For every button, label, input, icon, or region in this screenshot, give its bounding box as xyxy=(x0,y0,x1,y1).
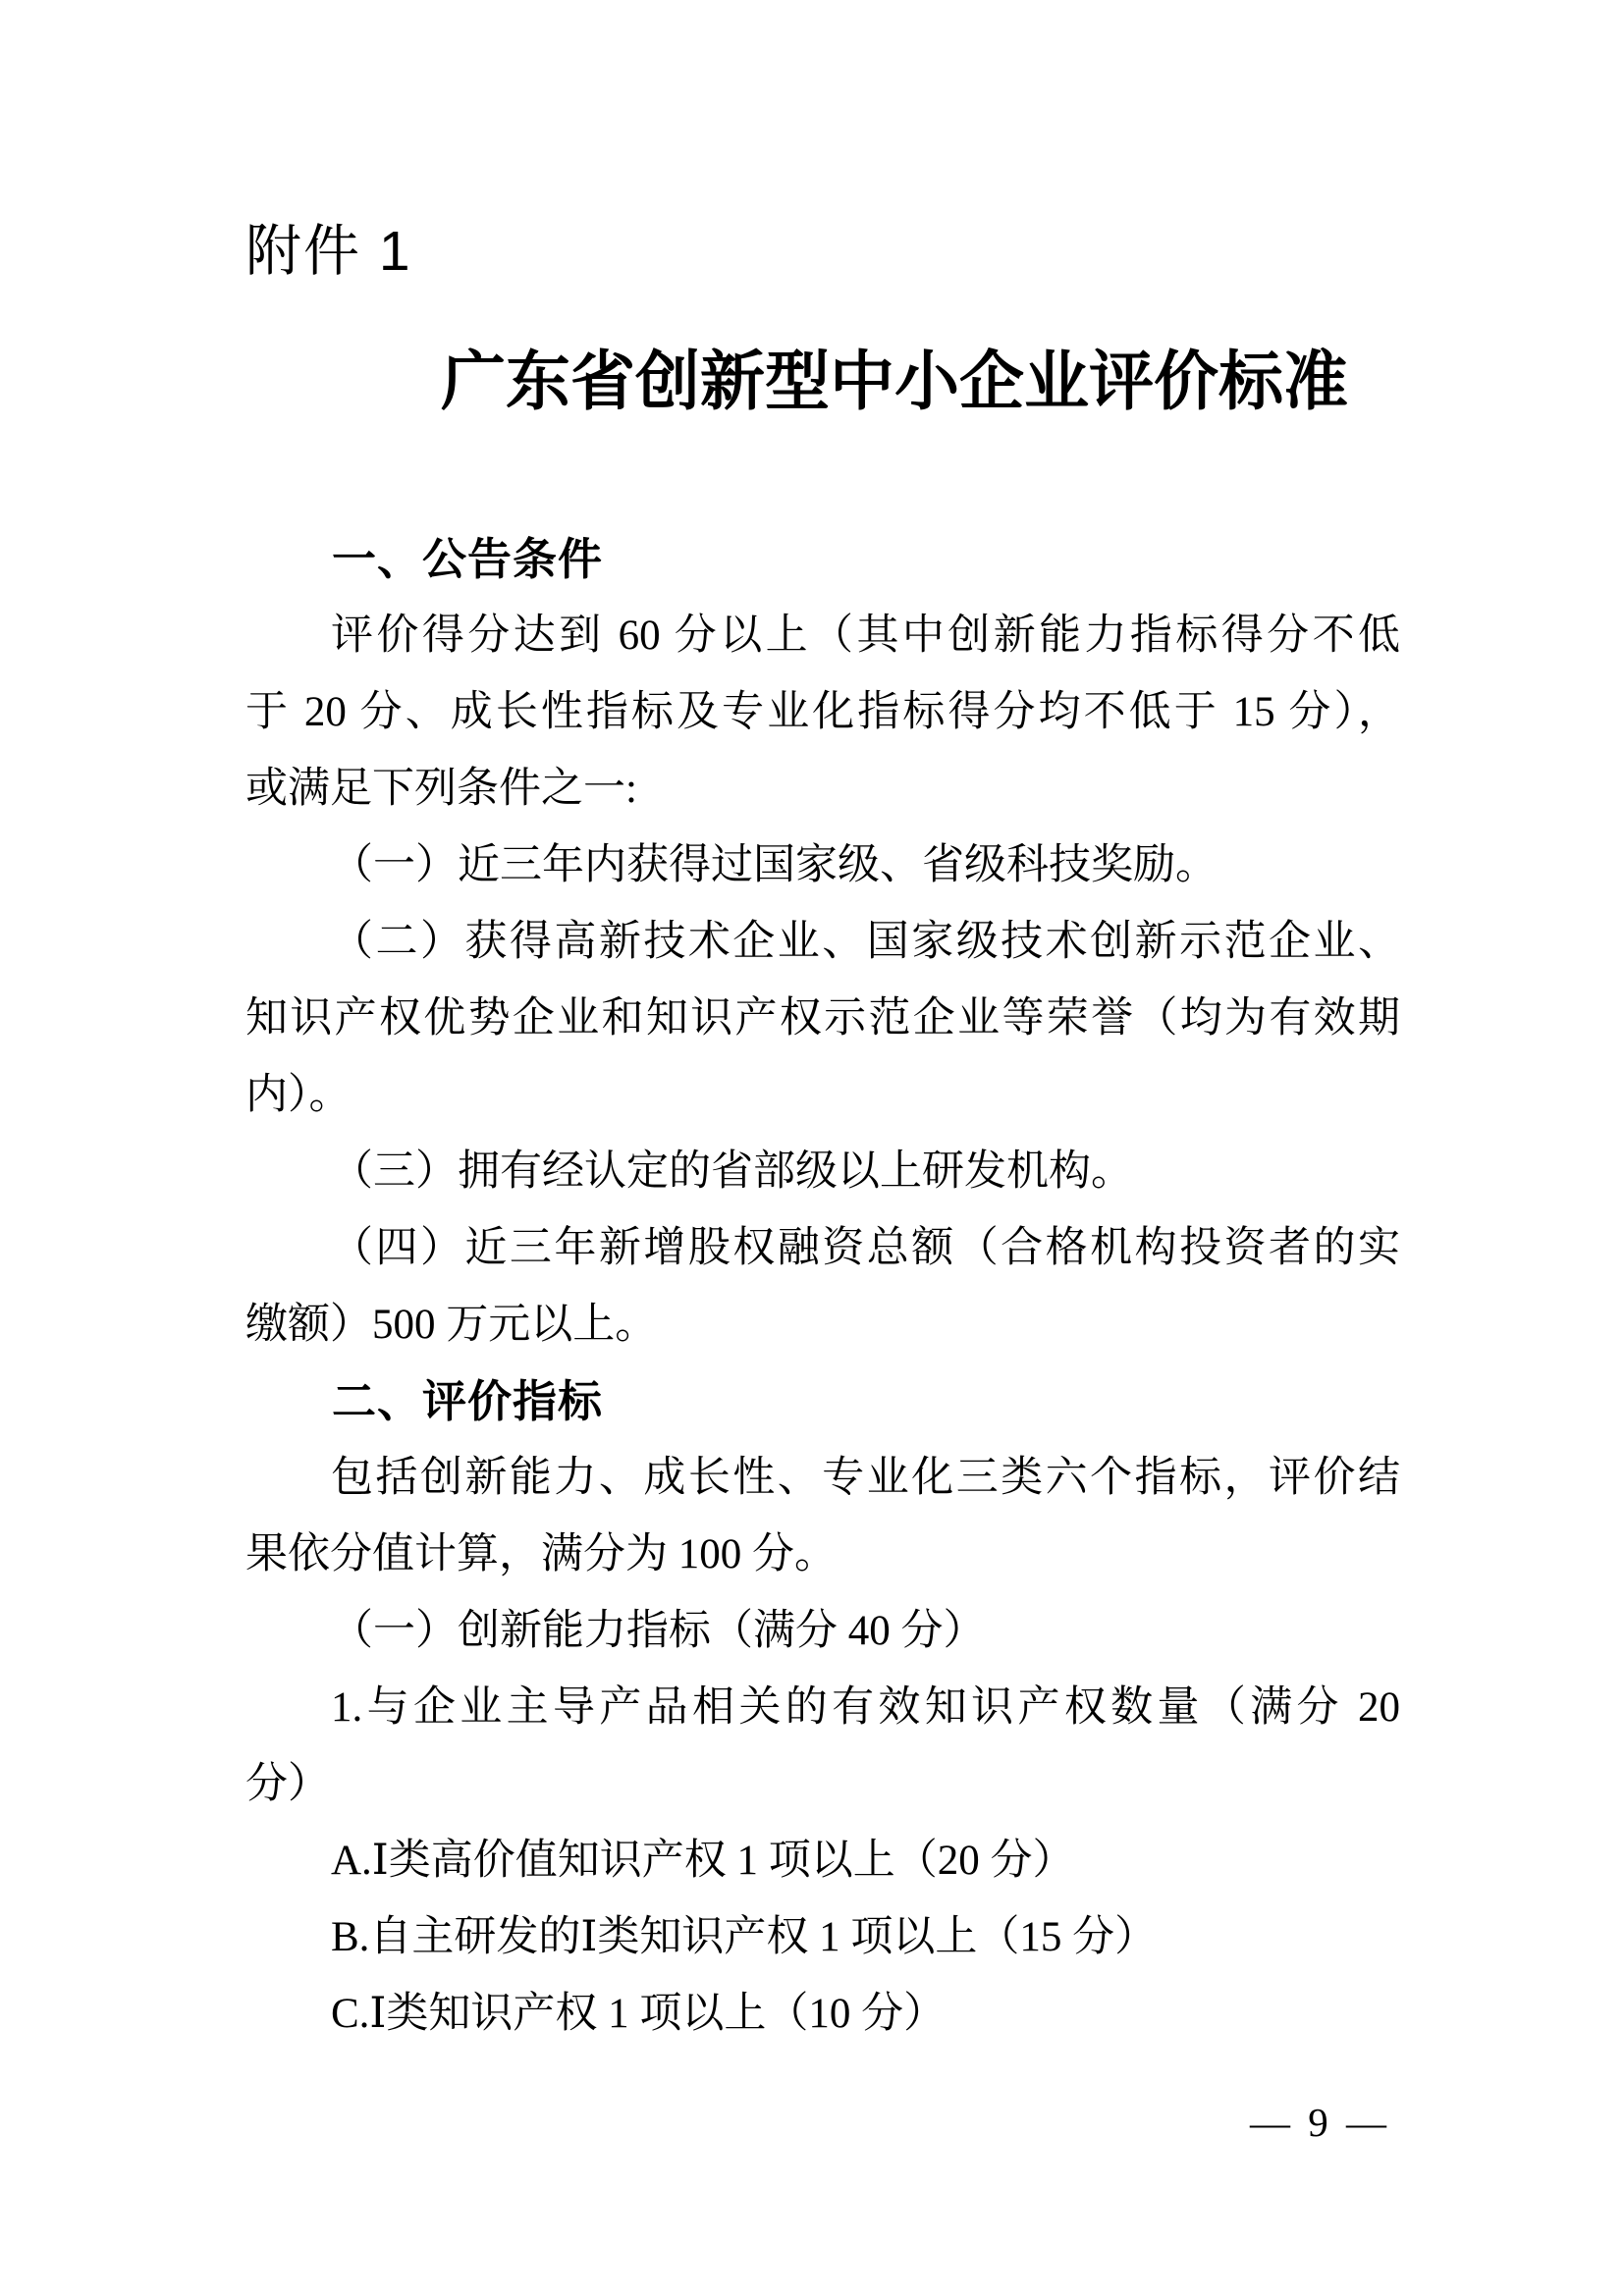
condition-item-2-line3: 内）。 xyxy=(245,1069,1400,1122)
document-title: 广东省创新型中小企业评价标准 xyxy=(441,346,1348,420)
para-score-requirement-line3: 或满足下列条件之一: xyxy=(245,763,1400,816)
para-indicators-overview-line2: 果依分值计算，满分为 100 分。 xyxy=(245,1528,1400,1581)
option-b: B.自主研发的Ⅰ类知识产权 1 项以上（15 分） xyxy=(245,1911,1400,1964)
page-number: — 9 — xyxy=(1250,2099,1390,2147)
para-score-requirement-line1: 评价得分达到 60 分以上（其中创新能力指标得分不低 xyxy=(245,610,1400,663)
condition-item-3: （三）拥有经认定的省部级以上研发机构。 xyxy=(245,1146,1400,1199)
section-heading-announcement-conditions: 一、公告条件 xyxy=(245,533,1400,586)
para-indicators-overview-line1: 包括创新能力、成长性、专业化三类六个指标，评价结 xyxy=(245,1452,1400,1505)
item-ip-quantity-line1: 1.与企业主导产品相关的有效知识产权数量（满分 20 xyxy=(245,1682,1400,1735)
subheading-innovation-capability: （一）创新能力指标（满分 40 分） xyxy=(245,1605,1400,1658)
para-score-requirement-line2: 于 20 分、成长性指标及专业化指标得分均不低于 15 分）， xyxy=(245,686,1400,739)
condition-item-4-line1: （四）近三年新增股权融资总额（合格机构投资者的实 xyxy=(245,1222,1400,1275)
attachment-label: 附件 1 xyxy=(245,220,412,285)
condition-item-1: （一）近三年内获得过国家级、省级科技奖励。 xyxy=(245,839,1400,892)
condition-item-4-line2: 缴额）500 万元以上。 xyxy=(245,1299,1400,1352)
option-c: C.Ⅰ类知识产权 1 项以上（10 分） xyxy=(245,1988,1400,2041)
condition-item-2-line1: （二）获得高新技术企业、国家级技术创新示范企业、 xyxy=(245,916,1400,969)
condition-item-2-line2: 知识产权优势企业和知识产权示范企业等荣誉（均为有效期 xyxy=(245,992,1400,1045)
option-a: A.Ⅰ类高价值知识产权 1 项以上（20 分） xyxy=(245,1835,1400,1888)
document-page: 附件 1 广东省创新型中小企业评价标准 一、公告条件 评价得分达到 60 分以上… xyxy=(0,0,1624,2296)
item-ip-quantity-line2: 分） xyxy=(245,1758,1400,1811)
section-heading-evaluation-indicators: 二、评价指标 xyxy=(245,1375,1400,1428)
